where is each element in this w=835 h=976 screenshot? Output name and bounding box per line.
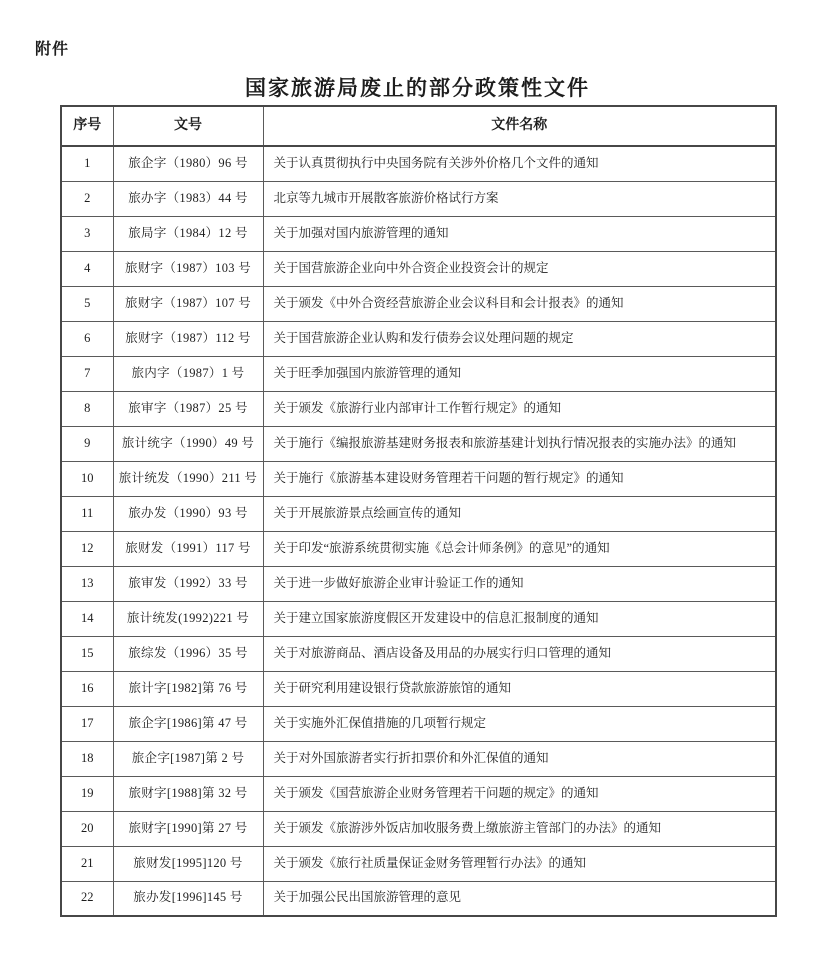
- cell-seq: 19: [61, 776, 113, 811]
- cell-doc-name: 关于进一步做好旅游企业审计验证工作的通知: [263, 566, 776, 601]
- table-header-row: 序号 文号 文件名称: [61, 106, 776, 146]
- cell-seq: 7: [61, 356, 113, 391]
- cell-doc-no: 旅财字[1990]第 27 号: [113, 811, 263, 846]
- cell-seq: 14: [61, 601, 113, 636]
- table-row: 16旅计字[1982]第 76 号关于研究利用建设银行贷款旅游旅馆的通知: [61, 671, 776, 706]
- cell-doc-name: 关于对旅游商品、酒店设备及用品的办展实行归口管理的通知: [263, 636, 776, 671]
- cell-doc-no: 旅审字（1987）25 号: [113, 391, 263, 426]
- table-row: 17旅企字[1986]第 47 号关于实施外汇保值措施的几项暂行规定: [61, 706, 776, 741]
- table-row: 12旅财发（1991）117 号关于印发“旅游系统贯彻实施《总会计师条例》的意见…: [61, 531, 776, 566]
- cell-doc-no: 旅财发（1991）117 号: [113, 531, 263, 566]
- table-row: 3旅局字（1984）12 号关于加强对国内旅游管理的通知: [61, 216, 776, 251]
- cell-seq: 20: [61, 811, 113, 846]
- cell-doc-name: 关于国营旅游企业认购和发行债券会议处理问题的规定: [263, 321, 776, 356]
- column-header-name: 文件名称: [263, 106, 776, 146]
- column-header-doc-no: 文号: [113, 106, 263, 146]
- cell-doc-name: 关于实施外汇保值措施的几项暂行规定: [263, 706, 776, 741]
- cell-doc-no: 旅办发（1990）93 号: [113, 496, 263, 531]
- abolished-documents-table: 序号 文号 文件名称 1旅企字（1980）96 号关于认真贯彻执行中央国务院有关…: [60, 105, 777, 917]
- cell-seq: 15: [61, 636, 113, 671]
- cell-doc-name: 关于施行《编报旅游基建财务报表和旅游基建计划执行情况报表的实施办法》的通知: [263, 426, 776, 461]
- document-page: 附件 国家旅游局废止的部分政策性文件 序号 文号 文件名称 1旅企字（1980）…: [0, 0, 835, 976]
- cell-doc-name: 关于颁发《旅行社质量保证金财务管理暂行办法》的通知: [263, 846, 776, 881]
- cell-doc-name: 关于颁发《旅游涉外饭店加收服务费上缴旅游主管部门的办法》的通知: [263, 811, 776, 846]
- cell-doc-no: 旅企字（1980）96 号: [113, 146, 263, 181]
- cell-doc-no: 旅财字（1987）112 号: [113, 321, 263, 356]
- cell-seq: 5: [61, 286, 113, 321]
- table-row: 22旅办发[1996]145 号关于加强公民出国旅游管理的意见: [61, 881, 776, 916]
- cell-doc-name: 关于对外国旅游者实行折扣票价和外汇保值的通知: [263, 741, 776, 776]
- cell-seq: 10: [61, 461, 113, 496]
- table-row: 8旅审字（1987）25 号关于颁发《旅游行业内部审计工作暂行规定》的通知: [61, 391, 776, 426]
- table-row: 14旅计统发(1992)221 号关于建立国家旅游度假区开发建设中的信息汇报制度…: [61, 601, 776, 636]
- cell-doc-name: 关于研究利用建设银行贷款旅游旅馆的通知: [263, 671, 776, 706]
- cell-doc-no: 旅办字（1983）44 号: [113, 181, 263, 216]
- table-row: 11旅办发（1990）93 号关于开展旅游景点绘画宣传的通知: [61, 496, 776, 531]
- cell-doc-no: 旅财发[1995]120 号: [113, 846, 263, 881]
- cell-doc-no: 旅内字（1987）1 号: [113, 356, 263, 391]
- table-header: 序号 文号 文件名称: [61, 106, 776, 146]
- cell-doc-name: 关于旺季加强国内旅游管理的通知: [263, 356, 776, 391]
- cell-seq: 22: [61, 881, 113, 916]
- cell-seq: 2: [61, 181, 113, 216]
- table-row: 6旅财字（1987）112 号关于国营旅游企业认购和发行债券会议处理问题的规定: [61, 321, 776, 356]
- cell-doc-no: 旅计统字（1990）49 号: [113, 426, 263, 461]
- cell-seq: 3: [61, 216, 113, 251]
- cell-seq: 1: [61, 146, 113, 181]
- cell-seq: 17: [61, 706, 113, 741]
- cell-seq: 4: [61, 251, 113, 286]
- cell-seq: 9: [61, 426, 113, 461]
- cell-doc-name: 北京等九城市开展散客旅游价格试行方案: [263, 181, 776, 216]
- cell-seq: 8: [61, 391, 113, 426]
- cell-doc-name: 关于认真贯彻执行中央国务院有关涉外价格几个文件的通知: [263, 146, 776, 181]
- table-row: 4旅财字（1987）103 号关于国营旅游企业向中外合资企业投资会计的规定: [61, 251, 776, 286]
- cell-doc-no: 旅审发（1992）33 号: [113, 566, 263, 601]
- cell-doc-no: 旅企字[1987]第 2 号: [113, 741, 263, 776]
- cell-doc-name: 关于加强对国内旅游管理的通知: [263, 216, 776, 251]
- table-row: 18旅企字[1987]第 2 号关于对外国旅游者实行折扣票价和外汇保值的通知: [61, 741, 776, 776]
- attachment-label: 附件: [35, 36, 69, 59]
- cell-doc-no: 旅计统发(1992)221 号: [113, 601, 263, 636]
- cell-doc-no: 旅计统发（1990）211 号: [113, 461, 263, 496]
- cell-doc-no: 旅局字（1984）12 号: [113, 216, 263, 251]
- cell-seq: 11: [61, 496, 113, 531]
- cell-doc-name: 关于颁发《旅游行业内部审计工作暂行规定》的通知: [263, 391, 776, 426]
- cell-doc-no: 旅财字（1987）107 号: [113, 286, 263, 321]
- table-row: 9旅计统字（1990）49 号关于施行《编报旅游基建财务报表和旅游基建计划执行情…: [61, 426, 776, 461]
- table-row: 20旅财字[1990]第 27 号关于颁发《旅游涉外饭店加收服务费上缴旅游主管部…: [61, 811, 776, 846]
- table-row: 21旅财发[1995]120 号关于颁发《旅行社质量保证金财务管理暂行办法》的通…: [61, 846, 776, 881]
- table-row: 7旅内字（1987）1 号关于旺季加强国内旅游管理的通知: [61, 356, 776, 391]
- cell-doc-name: 关于施行《旅游基本建设财务管理若干问题的暂行规定》的通知: [263, 461, 776, 496]
- cell-doc-name: 关于颁发《国营旅游企业财务管理若干问题的规定》的通知: [263, 776, 776, 811]
- cell-doc-name: 关于建立国家旅游度假区开发建设中的信息汇报制度的通知: [263, 601, 776, 636]
- cell-doc-name: 关于颁发《中外合资经营旅游企业会议科目和会计报表》的通知: [263, 286, 776, 321]
- cell-seq: 16: [61, 671, 113, 706]
- table-row: 19旅财字[1988]第 32 号关于颁发《国营旅游企业财务管理若干问题的规定》…: [61, 776, 776, 811]
- cell-seq: 18: [61, 741, 113, 776]
- cell-doc-no: 旅综发（1996）35 号: [113, 636, 263, 671]
- table-row: 2旅办字（1983）44 号北京等九城市开展散客旅游价格试行方案: [61, 181, 776, 216]
- table-row: 13旅审发（1992）33 号关于进一步做好旅游企业审计验证工作的通知: [61, 566, 776, 601]
- cell-doc-no: 旅计字[1982]第 76 号: [113, 671, 263, 706]
- cell-seq: 12: [61, 531, 113, 566]
- cell-doc-name: 关于国营旅游企业向中外合资企业投资会计的规定: [263, 251, 776, 286]
- cell-doc-no: 旅企字[1986]第 47 号: [113, 706, 263, 741]
- table-row: 5旅财字（1987）107 号关于颁发《中外合资经营旅游企业会议科目和会计报表》…: [61, 286, 776, 321]
- cell-doc-no: 旅办发[1996]145 号: [113, 881, 263, 916]
- cell-seq: 6: [61, 321, 113, 356]
- cell-doc-no: 旅财字[1988]第 32 号: [113, 776, 263, 811]
- cell-seq: 21: [61, 846, 113, 881]
- page-title: 国家旅游局废止的部分政策性文件: [0, 72, 835, 102]
- cell-seq: 13: [61, 566, 113, 601]
- column-header-seq: 序号: [61, 106, 113, 146]
- table-row: 1旅企字（1980）96 号关于认真贯彻执行中央国务院有关涉外价格几个文件的通知: [61, 146, 776, 181]
- cell-doc-no: 旅财字（1987）103 号: [113, 251, 263, 286]
- table-row: 15旅综发（1996）35 号关于对旅游商品、酒店设备及用品的办展实行归口管理的…: [61, 636, 776, 671]
- table-body: 1旅企字（1980）96 号关于认真贯彻执行中央国务院有关涉外价格几个文件的通知…: [61, 146, 776, 916]
- cell-doc-name: 关于开展旅游景点绘画宣传的通知: [263, 496, 776, 531]
- cell-doc-name: 关于印发“旅游系统贯彻实施《总会计师条例》的意见”的通知: [263, 531, 776, 566]
- cell-doc-name: 关于加强公民出国旅游管理的意见: [263, 881, 776, 916]
- table-row: 10旅计统发（1990）211 号关于施行《旅游基本建设财务管理若干问题的暂行规…: [61, 461, 776, 496]
